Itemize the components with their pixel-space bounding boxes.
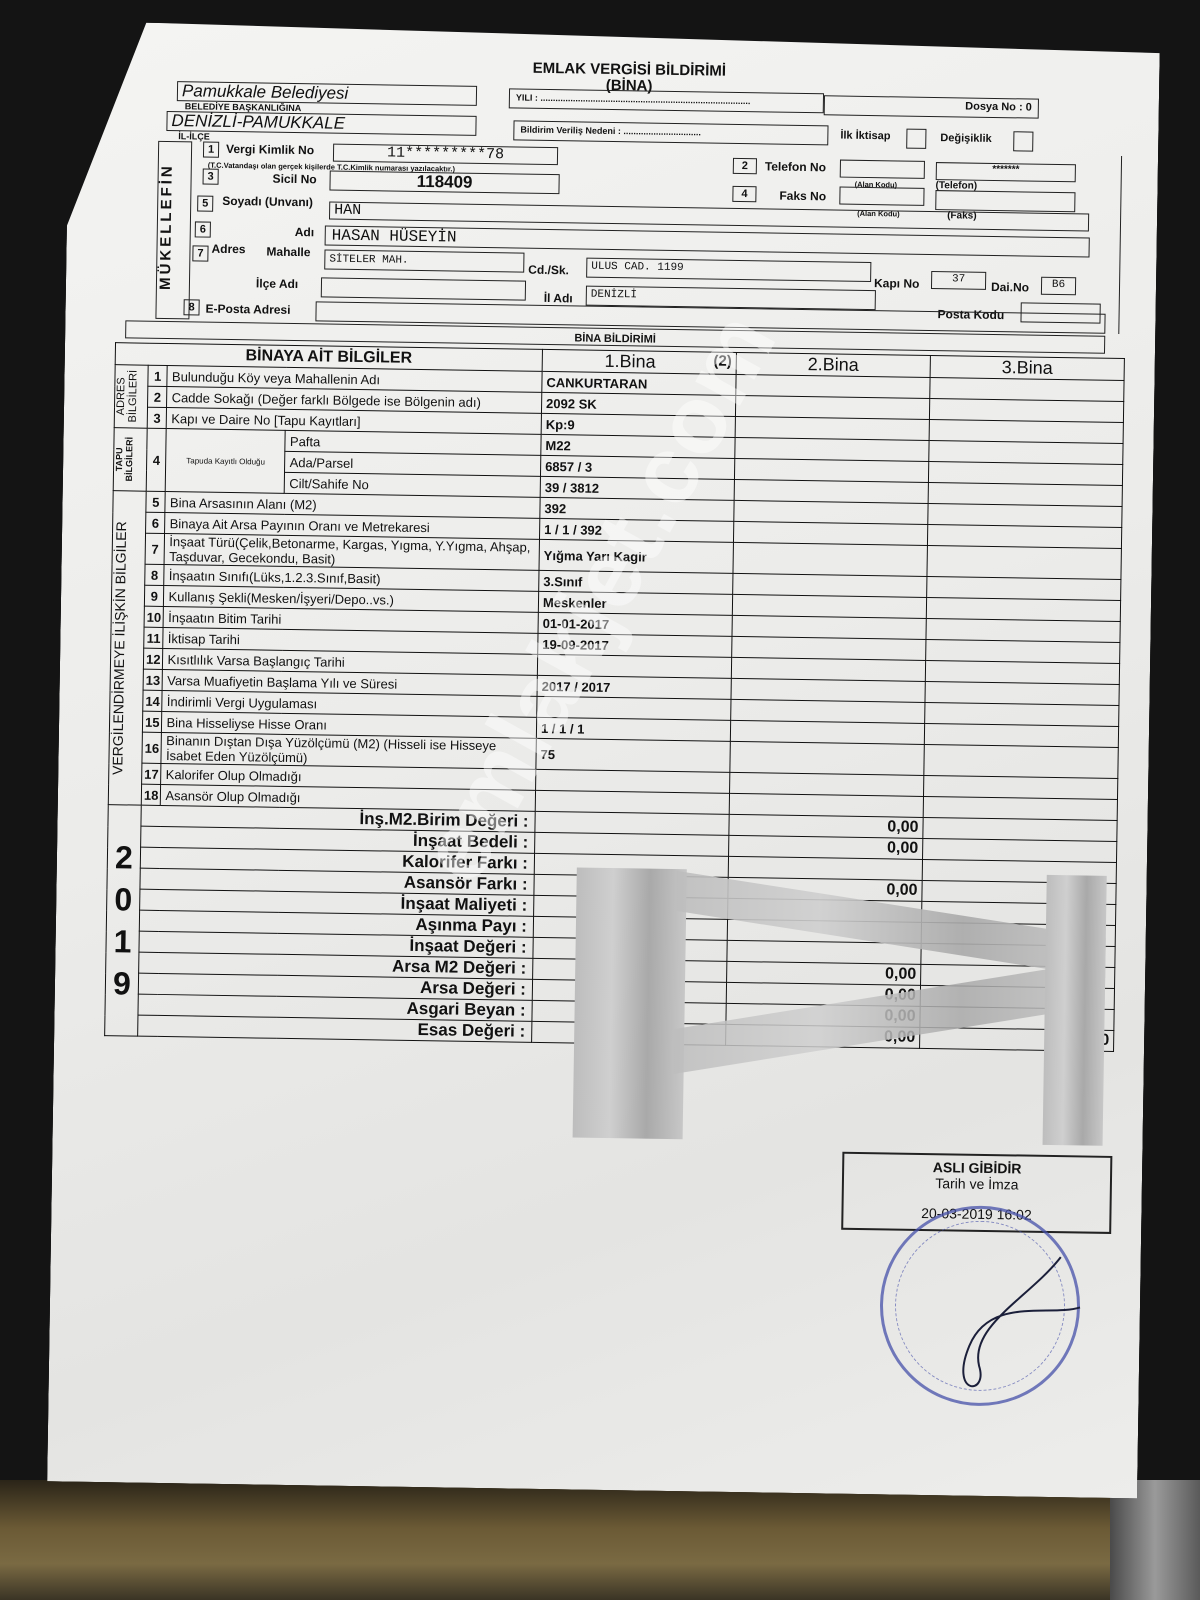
surname-label: Soyadı (Unvanı) [222, 194, 313, 209]
cell-bina-1[interactable]: 39 / 3812 [540, 476, 734, 500]
cell-bina-2[interactable] [731, 678, 925, 702]
cell-bina-2[interactable] [734, 479, 928, 503]
cell-bina-2[interactable] [730, 772, 924, 796]
row-number: 3 [147, 407, 167, 428]
cell-bina-2[interactable] [735, 395, 929, 419]
cell-bina-1[interactable]: 6857 / 3 [540, 455, 734, 479]
cell-bina-3[interactable] [927, 576, 1121, 600]
cell-bina-1[interactable]: 1 / 1 / 1 [536, 717, 730, 741]
row-number: 16 [142, 732, 162, 763]
taxpayer-section-text: MÜKELLEFİN [157, 142, 177, 312]
tax-id-value: 11*********78 [387, 144, 504, 163]
column-header-bina-1: 1.Bina(2) [542, 349, 736, 374]
file-number: Dosya No : 0 [824, 95, 1039, 118]
tax-declaration-form: EMLAK VERGİSİ BİLDİRİMİ (BİNA) Pamukkale… [47, 21, 1160, 1498]
street-label: Cd./Sk. [528, 263, 569, 278]
year-digit: 2 [108, 836, 141, 878]
field-number: 6 [195, 221, 211, 237]
deed-inner-label: Tapuda Kayıtlı Olduğu [166, 429, 286, 494]
cell-bina-2[interactable] [731, 657, 925, 681]
cell-bina-1[interactable]: 2092 SK [541, 392, 735, 416]
name-label: Adı [295, 225, 315, 239]
group-taxation: VERGİLENDİRMEYE İLİŞKİN BİLGİLER [108, 491, 146, 805]
cell-bina-3[interactable] [930, 377, 1124, 401]
field-number: 7 [192, 245, 208, 261]
group-address: ADRES BİLGİLERİ [114, 365, 148, 429]
door-number-value: 37 [952, 273, 965, 285]
valuation-bina-2: 0,00 [729, 814, 923, 838]
door-label: Kapı No [874, 276, 920, 291]
door-number-field[interactable]: 37 [931, 271, 986, 290]
street-value: ULUS CAD. 1199 [591, 261, 684, 274]
row-number: 1 [148, 365, 168, 386]
valuation-bina-1 [535, 832, 729, 856]
cell-bina-3[interactable] [924, 723, 1118, 747]
cell-bina-2[interactable] [733, 573, 927, 597]
province-district-label: İL-İLÇE [178, 131, 210, 141]
province-district-field: DENİZLİ-PAMUKKALE [166, 111, 476, 136]
field-number: 5 [197, 195, 213, 211]
row-label: Binanın Dıştan Dışa Yüzölçümü (M2) (Hiss… [161, 732, 536, 769]
cell-bina-3[interactable] [929, 398, 1123, 422]
cell-bina-1[interactable]: 392 [540, 497, 734, 521]
phone-number-value: ******* [992, 164, 1019, 175]
reason-label: Bildirim Veriliş Nedeni : ..............… [520, 125, 701, 138]
row-label: İnşaat Türü(Çelik,Betonarme, Kargas, Yıg… [165, 533, 540, 570]
row-number: 11 [144, 627, 164, 648]
first-acquisition-checkbox[interactable] [906, 129, 926, 149]
valuation-year: 2019 [105, 805, 142, 1036]
cell-bina-3[interactable] [925, 660, 1119, 684]
redacted-area [1043, 875, 1107, 1146]
cell-bina-1[interactable]: 19-09-2017 [538, 633, 732, 657]
phone-label: Telefon No [765, 159, 826, 174]
field-number: 2 [733, 158, 757, 174]
tax-id-field[interactable]: 11*********78 [333, 144, 558, 166]
cell-bina-1[interactable] [536, 769, 730, 793]
cell-bina-3[interactable] [925, 681, 1119, 705]
cell-bina-3[interactable] [926, 639, 1120, 663]
year-field[interactable]: YILI : .................................… [509, 88, 824, 113]
phone-number-field[interactable]: ******* [936, 162, 1076, 182]
name-value: HASAN HÜSEYİN [332, 227, 457, 247]
cell-bina-2[interactable] [734, 500, 928, 524]
valuation-bina-2 [728, 856, 922, 880]
cell-bina-3[interactable] [923, 775, 1117, 799]
cell-bina-3[interactable] [928, 461, 1122, 485]
registry-label: Sicil No [273, 172, 317, 187]
cell-bina-1[interactable]: 01-01-2017 [538, 612, 732, 636]
cell-bina-2[interactable] [732, 594, 926, 618]
row-number: 17 [142, 763, 162, 784]
building-declaration-title: BİNA BİLDİRİMİ [574, 332, 656, 345]
row-number: 9 [144, 585, 164, 606]
cell-bina-1[interactable]: Kp:9 [541, 413, 735, 437]
row-number: 15 [142, 711, 162, 732]
column-count: (2) [713, 353, 732, 370]
cell-bina-2[interactable] [731, 699, 925, 723]
city-value: DENİZLİ [591, 289, 637, 302]
cell-bina-2[interactable] [734, 458, 928, 482]
first-acquisition-label: İlk İktisap [840, 130, 890, 143]
row-number: 13 [143, 669, 163, 690]
phone-area-code-field[interactable] [840, 160, 925, 179]
cell-bina-3[interactable] [926, 618, 1120, 642]
file-number-value: Dosya No : 0 [965, 101, 1032, 114]
cell-bina-2[interactable] [733, 542, 927, 576]
redacted-area [573, 868, 687, 1140]
cell-bina-2[interactable] [735, 416, 929, 440]
municipality-name: Pamukkale Belediyesi [182, 81, 349, 103]
cell-bina-3[interactable] [925, 702, 1119, 726]
cell-bina-2[interactable] [729, 793, 923, 817]
year-label: YILI : .................................… [516, 92, 751, 106]
district-field[interactable] [321, 277, 526, 300]
neighborhood-field[interactable]: SİTELER MAH. [324, 249, 524, 272]
valuation-bina-3 [923, 838, 1117, 862]
row-number: 12 [143, 648, 163, 669]
valuation-bina-1 [535, 811, 729, 835]
cell-bina-2[interactable] [732, 615, 926, 639]
cell-bina-1[interactable] [535, 790, 729, 814]
cell-bina-1[interactable]: M22 [541, 434, 735, 458]
row-number: 14 [143, 690, 163, 711]
neighborhood-value: SİTELER MAH. [329, 254, 408, 267]
year-digit: 1 [106, 920, 139, 962]
fax-label: Faks No [779, 189, 826, 204]
field-number: 3 [203, 169, 219, 185]
cell-bina-3[interactable] [923, 796, 1117, 820]
cell-bina-1[interactable] [537, 696, 731, 720]
cell-bina-3[interactable] [928, 482, 1122, 506]
column-label: 1.Bina [604, 351, 655, 372]
cell-bina-1[interactable] [537, 654, 731, 678]
cell-bina-3[interactable] [929, 440, 1123, 464]
cell-bina-3[interactable] [924, 744, 1118, 778]
certification-subtitle: Tarih ve İmza [844, 1174, 1110, 1194]
cell-bina-3[interactable] [927, 545, 1121, 579]
apartment-number-value: B6 [1052, 279, 1065, 291]
neighborhood-label: Mahalle [266, 245, 310, 260]
change-checkbox[interactable] [1013, 131, 1033, 151]
cell-bina-3[interactable] [927, 524, 1121, 548]
row-number: 4 [146, 428, 166, 491]
cell-bina-2[interactable] [730, 741, 924, 775]
floor-background [0, 1480, 1200, 1600]
fax-number-field[interactable] [935, 190, 1075, 212]
cell-bina-2[interactable] [732, 636, 926, 660]
change-label: Değişiklik [940, 132, 992, 145]
row-number: 18 [141, 784, 161, 805]
fax-area-code-field[interactable] [839, 187, 924, 206]
cell-bina-3[interactable] [926, 597, 1120, 621]
cell-bina-2[interactable] [735, 437, 929, 461]
surname-value: HAN [334, 202, 361, 219]
registry-value: 118409 [417, 172, 473, 192]
cell-bina-1[interactable]: 2017 / 2017 [537, 675, 731, 699]
taxpayer-section-label: MÜKELLEFİN [155, 141, 192, 320]
address-label: Adres [211, 242, 245, 257]
row-number: 6 [146, 512, 166, 533]
field-number: 4 [732, 186, 756, 202]
email-label: E-Posta Adresi [205, 302, 290, 317]
column-header-bina-3: 3.Bina [930, 355, 1124, 380]
district-label: İlçe Adı [256, 276, 298, 291]
row-number: 2 [148, 386, 168, 407]
year-digit: 0 [107, 878, 140, 920]
cell-bina-3[interactable] [929, 419, 1123, 443]
cell-bina-2[interactable] [730, 720, 924, 744]
apartment-number-field[interactable]: B6 [1041, 277, 1076, 296]
province-district-value: DENİZLİ-PAMUKKALE [171, 111, 345, 133]
row-number: 7 [145, 533, 165, 564]
cell-bina-1[interactable]: 1 / 1 / 392 [539, 518, 733, 542]
cell-bina-1[interactable]: 3.Sınıf [539, 570, 733, 594]
column-header-bina-2: 2.Bina [736, 352, 930, 377]
field-number: 1 [203, 142, 219, 158]
cell-bina-1[interactable]: 75 [536, 738, 730, 772]
valuation-bina-2: 0,00 [727, 961, 921, 985]
cell-bina-2[interactable] [736, 374, 930, 398]
registry-field[interactable]: 118409 [329, 171, 559, 195]
cell-bina-1[interactable]: CANKURTARAN [542, 371, 736, 395]
city-label: İl Adı [544, 291, 573, 305]
valuation-bina-2: 0,00 [729, 835, 923, 859]
cell-bina-2[interactable] [733, 521, 927, 545]
valuation-bina-3 [923, 817, 1117, 841]
apartment-label: Dai.No [991, 280, 1029, 295]
group-deed: TAPU BİLGİLERİ [113, 428, 147, 492]
field-number: 8 [183, 299, 199, 315]
cell-bina-3[interactable] [928, 503, 1122, 527]
signature-icon [908, 1235, 1091, 1408]
reason-field[interactable]: Bildirim Veriliş Nedeni : ..............… [513, 120, 828, 145]
cell-bina-1[interactable]: Yığma Yarı Kagir [539, 539, 733, 573]
row-number: 5 [146, 491, 166, 512]
row-number: 10 [144, 606, 164, 627]
year-digit: 9 [106, 962, 139, 1004]
tax-id-label: Vergi Kimlik No [226, 142, 314, 157]
cell-bina-1[interactable]: Meskenler [538, 591, 732, 615]
row-number: 8 [145, 564, 165, 585]
